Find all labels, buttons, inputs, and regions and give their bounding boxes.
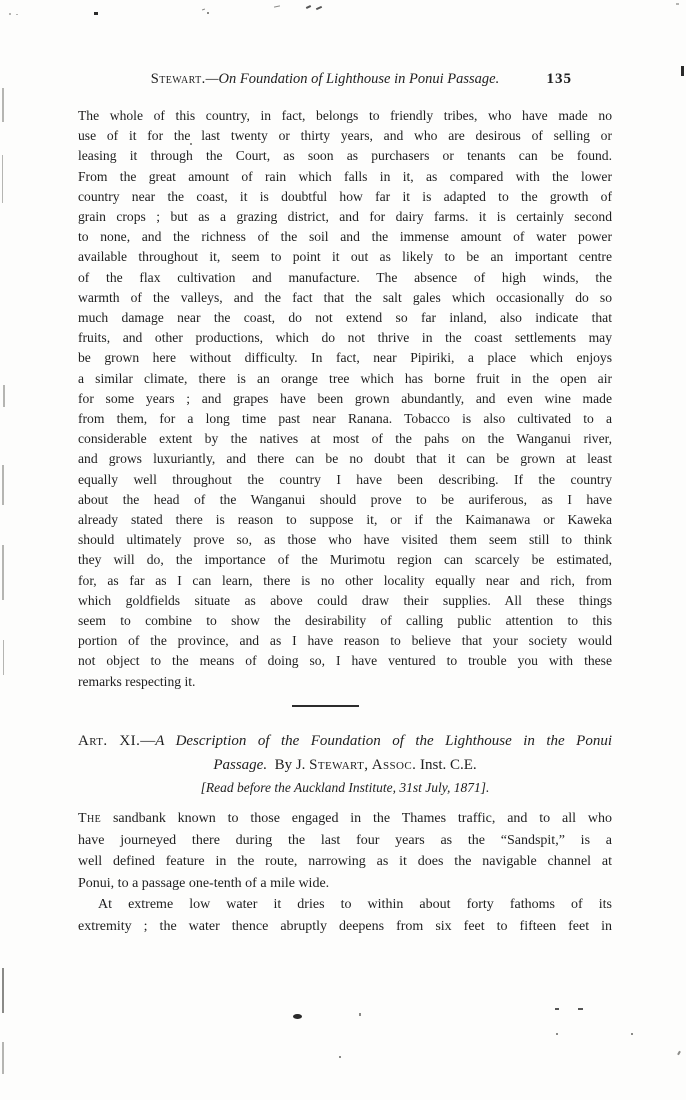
gutter-mark [3, 640, 4, 675]
text-line: of the flax cultivation and manufacture.… [78, 268, 612, 288]
text-line: much damage near the coast, do not exten… [78, 308, 612, 328]
gutter-mark [3, 385, 5, 407]
text-line: From the great amount of rain which fall… [78, 167, 612, 187]
read-before-note: [Read before the Auckland Institute, 31s… [78, 780, 612, 796]
section-divider-rule [292, 705, 359, 707]
text-line: well defined feature in the route, narro… [78, 851, 612, 873]
text-line: seem to combine to show the desirability… [78, 611, 612, 631]
text-segment: — [140, 733, 155, 749]
page-number: 135 [547, 71, 573, 88]
article-heading: Art. XI.—A Description of the Foundation… [78, 729, 612, 777]
text-line: The sandbank known to those engaged in t… [78, 808, 612, 830]
text-line: equally well throughout the country I ha… [78, 470, 612, 490]
scan-speck [359, 1013, 361, 1016]
text-line: be grown here without difficulty. In fac… [78, 348, 612, 368]
body-paragraph-continuation: The whole of this country, in fact, belo… [78, 106, 612, 692]
running-title-text: —On Foundation of Lighthouse in Ponui Pa… [206, 71, 500, 87]
text-segment: By J. [267, 757, 309, 773]
text-line: considerable extent by the natives at mo… [78, 429, 612, 449]
text-segment: Stewart, [309, 757, 368, 773]
text-line: portion of the province, and as I have r… [78, 631, 612, 651]
body-paragraph-low-water: At extreme low water it dries to within … [78, 894, 612, 937]
text-line: already stated there is reason to suppos… [78, 510, 612, 530]
text-segment: Art. XI. [78, 733, 140, 749]
text-segment: A Description of the Foundation of the L… [155, 733, 612, 749]
text-line: leasing it through the Court, as soon as… [78, 146, 612, 166]
text-line: not object to the means of doing so, I h… [78, 651, 612, 671]
scan-speck [306, 5, 311, 9]
text-line: which goldfields situate as above could … [78, 591, 612, 611]
text-line: extremity ; the water thence abruptly de… [78, 916, 612, 938]
text-line: available throughout it, seem to point i… [78, 247, 612, 267]
text-line: from them, for a long time past near Ran… [78, 409, 612, 429]
text-segment: Assoc. [368, 757, 416, 773]
scan-speck [555, 1008, 559, 1010]
text-line: they will do, the importance of the Muri… [78, 550, 612, 570]
scan-speck [16, 14, 18, 15]
text-line: The whole of this country, in fact, belo… [78, 106, 612, 126]
text-line: a similar climate, there is an orange tr… [78, 369, 612, 389]
text-line: use of it for the last twenty or thirty … [78, 126, 612, 146]
text-line: remarks respecting it. [78, 672, 612, 692]
text-line: for, as far as I can learn, there is no … [78, 571, 612, 591]
scan-speck [556, 1033, 558, 1035]
text-line: and grows luxuriantly, and there can be … [78, 449, 612, 469]
body-paragraph-sandbank: The sandbank known to those engaged in t… [78, 808, 612, 894]
text-line: to none, and the richness of the soil an… [78, 227, 612, 247]
scan-speck [339, 1056, 341, 1058]
gutter-mark [2, 465, 4, 505]
text-line: about the head of the Wanganui should pr… [78, 490, 612, 510]
gutter-mark [2, 545, 4, 600]
scan-speck [274, 5, 280, 7]
text-segment: The [78, 811, 101, 826]
scan-speck [677, 1051, 681, 1055]
gutter-mark [2, 968, 4, 1013]
scan-speck [316, 6, 322, 10]
scan-speck [578, 1008, 583, 1010]
running-title-author: Stewart. [151, 71, 206, 87]
text-line: grain crops ; but as a grazing district,… [78, 207, 612, 227]
text-line: fruits, and other productions, which do … [78, 328, 612, 348]
scan-speck [9, 13, 11, 15]
text-line: should ultimately prove so, as those who… [78, 530, 612, 550]
scan-speck [207, 12, 209, 14]
text-line: for some years ; and grapes have been gr… [78, 389, 612, 409]
article-body: The sandbank known to those engaged in t… [78, 808, 612, 938]
scan-speck [681, 66, 684, 76]
gutter-mark [2, 1042, 4, 1074]
scan-speck [94, 12, 98, 15]
running-title: Stewart.—On Foundation of Lighthouse in … [108, 71, 542, 88]
page-header: Stewart.—On Foundation of Lighthouse in … [78, 71, 612, 91]
text-segment: Passage. [213, 757, 267, 773]
gutter-mark [2, 155, 3, 203]
text-line: country near the coast, it is doubtful h… [78, 187, 612, 207]
scanned-book-page: Stewart.—On Foundation of Lighthouse in … [0, 0, 686, 1100]
text-line: At extreme low water it dries to within … [78, 894, 612, 916]
gutter-mark [2, 88, 4, 122]
text-line: warmth of the valleys, and the fact that… [78, 288, 612, 308]
article-heading-line2: Passage. By J. Stewart, Assoc. Inst. C.E… [78, 753, 612, 777]
scan-speck [631, 1033, 633, 1035]
text-segment: sandbank known to those engaged in the T… [101, 811, 612, 826]
text-segment: Inst. C.E. [416, 757, 476, 773]
scan-speck [190, 143, 192, 145]
article-heading-line1: Art. XI.—A Description of the Foundation… [78, 729, 612, 753]
text-line: Ponui, to a passage one-tenth of a mile … [78, 873, 612, 895]
scan-speck [676, 3, 679, 5]
text-line: have journeyed there during the last fou… [78, 830, 612, 852]
scan-speck [202, 9, 205, 11]
ink-blot [293, 1014, 302, 1019]
